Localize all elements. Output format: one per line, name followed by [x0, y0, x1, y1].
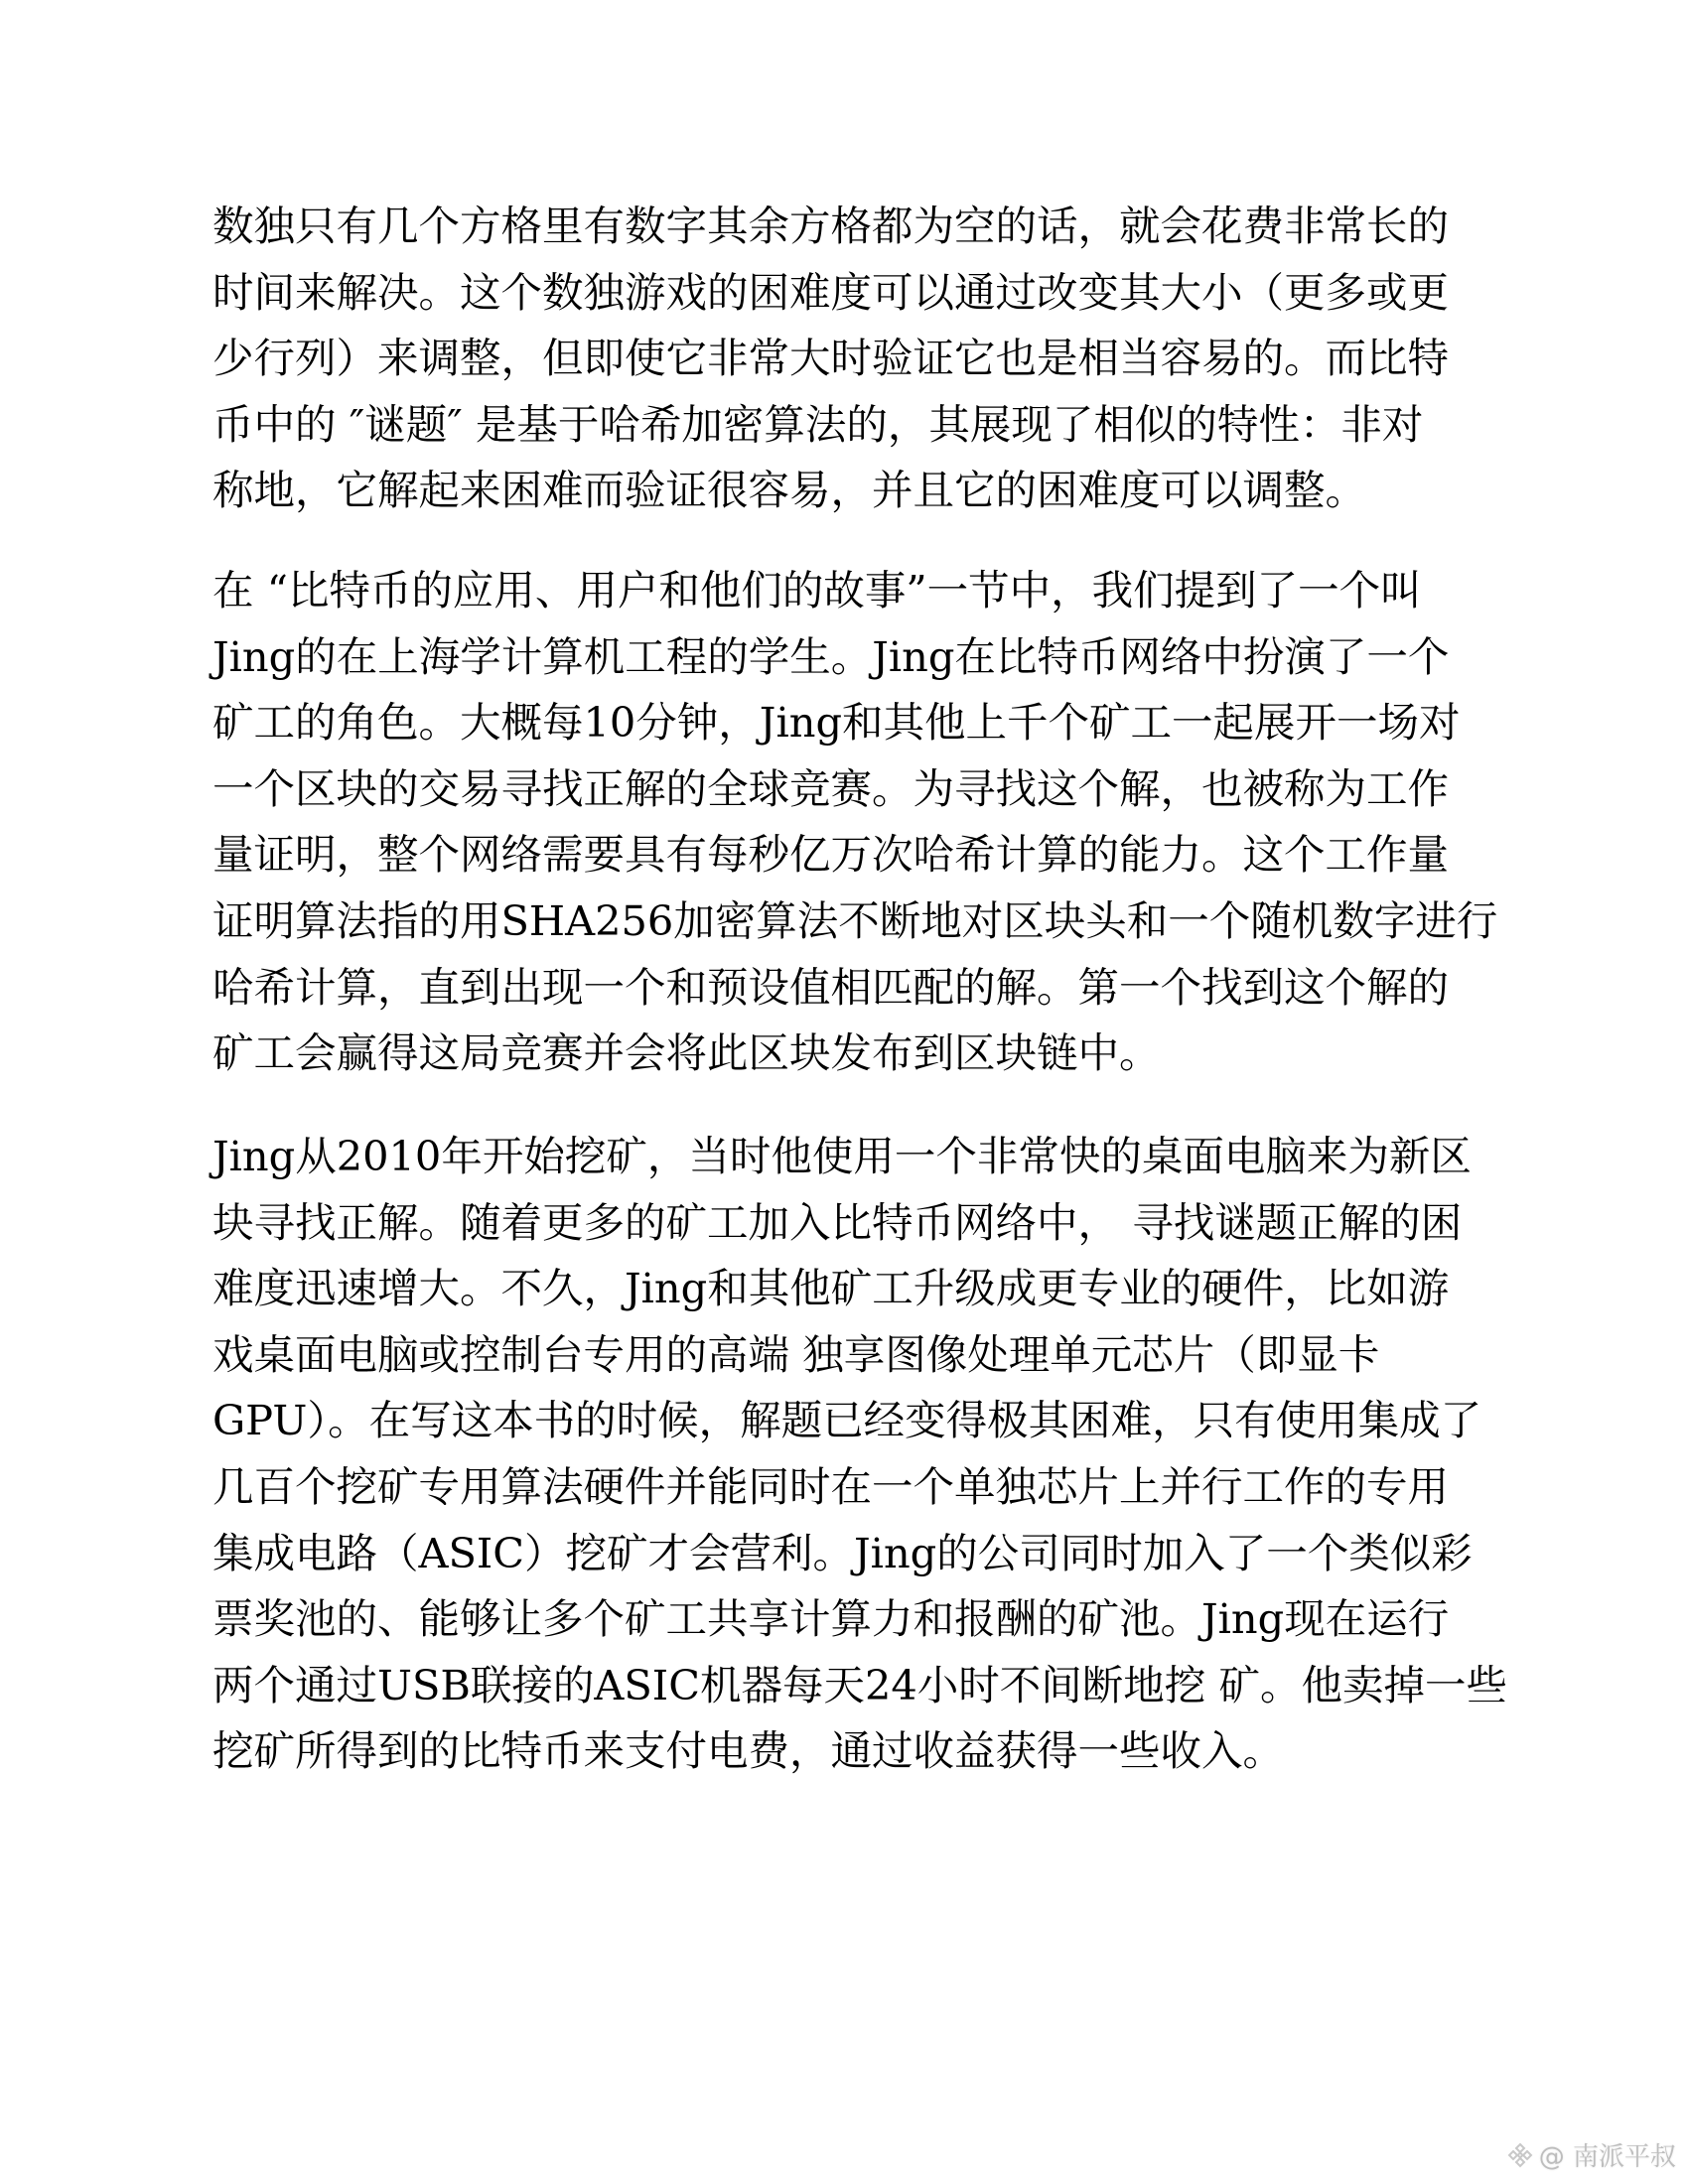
- text-line: 块寻找正解。随着更多的矿工加入比特币网络中， 寻找谜题正解的困: [212, 1198, 1503, 1265]
- watermark-text: @ 南派平叔: [1539, 2136, 1676, 2173]
- text-line: 时间来解决。这个数独游戏的困难度可以通过改变其大小（更多或更: [212, 268, 1503, 335]
- text-line: 挖矿所得到的比特币来支付电费，通过收益获得一些收入。: [212, 1726, 1503, 1793]
- text-line: 称地，它解起来困难而验证很容易，并且它的困难度可以调整。: [212, 466, 1503, 532]
- text-line: 币中的 ″谜题″ 是基于哈希加密算法的，其展现了相似的特性：非对: [212, 400, 1503, 467]
- paragraph-1: 数独只有几个方格里有数字其余方格都为空的话，就会花费非常长的 时间来解决。这个数…: [212, 202, 1503, 532]
- text-line: 少行列）来调整，但即使它非常大时验证它也是相当容易的。而比特: [212, 334, 1503, 400]
- text-line: 票奖池的、能够让多个矿工共享计算力和报酬的矿池。Jing现在运行: [212, 1594, 1503, 1661]
- paragraph-3: Jing从2010年开始挖矿，当时他使用一个非常快的桌面电脑来为新区 块寻找正解…: [212, 1132, 1503, 1793]
- text-line: Jing的在上海学计算机工程的学生。Jing在比特币网络中扮演了一个: [212, 632, 1503, 699]
- text-line: 量证明，整个网络需要具有每秒亿万次哈希计算的能力。这个工作量: [212, 830, 1503, 896]
- text-line: 哈希计算，直到出现一个和预设值相匹配的解。第一个找到这个解的: [212, 963, 1503, 1029]
- text-line: 难度迅速增大。不久，Jing和其他矿工升级成更专业的硬件，比如游: [212, 1264, 1503, 1330]
- text-line: 戏桌面电脑或控制台专用的高端 独享图像处理单元芯片（即显卡: [212, 1330, 1503, 1397]
- text-line: 两个通过USB联接的ASIC机器每天24小时不间断地挖 矿。他卖掉一些: [212, 1661, 1503, 1727]
- paragraph-2: 在 “比特币的应用、用户和他们的故事”一节中，我们提到了一个叫 Jing的在上海…: [212, 566, 1503, 1095]
- diamond-logo-icon: [1507, 2142, 1533, 2168]
- text-line: 数独只有几个方格里有数字其余方格都为空的话，就会花费非常长的: [212, 202, 1503, 268]
- text-line: 在 “比特币的应用、用户和他们的故事”一节中，我们提到了一个叫: [212, 566, 1503, 632]
- text-line: Jing从2010年开始挖矿，当时他使用一个非常快的桌面电脑来为新区: [212, 1132, 1503, 1198]
- text-line: 集成电路（ASIC）挖矿才会营利。Jing的公司同时加入了一个类似彩: [212, 1529, 1503, 1595]
- text-line: 矿工的角色。大概每10分钟，Jing和其他上千个矿工一起展开一场对: [212, 698, 1503, 764]
- text-line: 矿工会赢得这局竞赛并会将此区块发布到区块链中。: [212, 1028, 1503, 1095]
- text-line: GPU）。在写这本书的时候，解题已经变得极其困难，只有使用集成了: [212, 1396, 1503, 1462]
- watermark: @ 南派平叔: [1507, 2136, 1676, 2173]
- text-line: 几百个挖矿专用算法硬件并能同时在一个单独芯片上并行工作的专用: [212, 1462, 1503, 1529]
- text-line: 证明算法指的用SHA256加密算法不断地对区块头和一个随机数字进行: [212, 896, 1503, 963]
- document-page: 数独只有几个方格里有数字其余方格都为空的话，就会花费非常长的 时间来解决。这个数…: [0, 0, 1688, 2184]
- text-line: 一个区块的交易寻找正解的全球竞赛。为寻找这个解，也被称为工作: [212, 764, 1503, 831]
